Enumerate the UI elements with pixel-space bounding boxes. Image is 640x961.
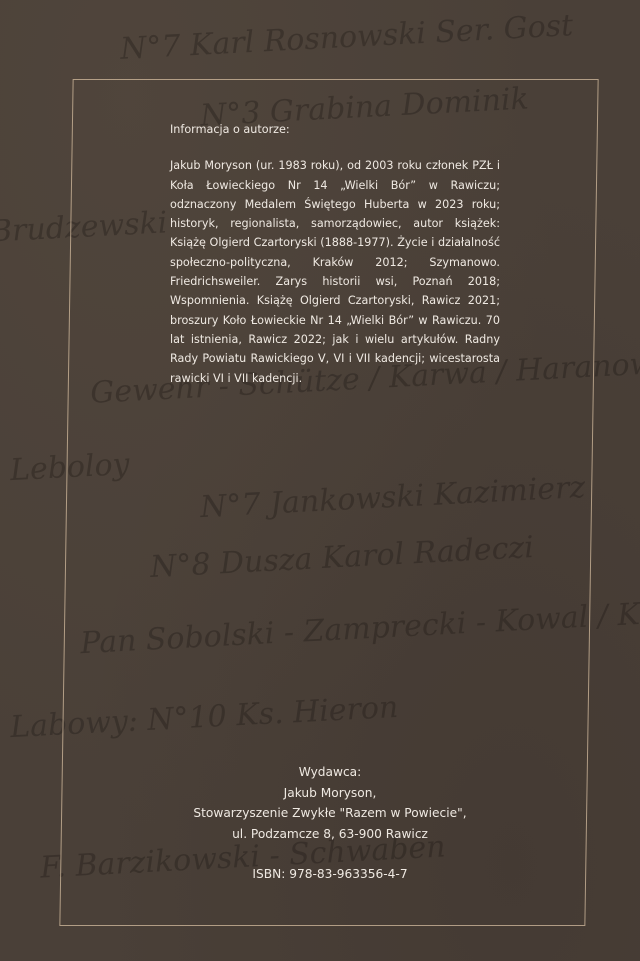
publisher-address: ul. Podzamcze 8, 63-900 Rawicz [150, 824, 510, 845]
publisher-section: Wydawca: Jakub Moryson, Stowarzyszenie Z… [150, 762, 510, 885]
publisher-organization: Stowarzyszenie Zwykłe "Razem w Powiecie"… [150, 803, 510, 824]
publisher-label: Wydawca: [150, 762, 510, 783]
publisher-name: Jakub Moryson, [150, 783, 510, 804]
author-info-body: Jakub Moryson (ur. 1983 roku), od 2003 r… [170, 156, 500, 388]
isbn: ISBN: 978-83-963356-4-7 [150, 864, 510, 885]
author-info-heading: Informacja o autorze: [170, 120, 500, 139]
author-info-section: Informacja o autorze: Jakub Moryson (ur.… [170, 120, 500, 388]
